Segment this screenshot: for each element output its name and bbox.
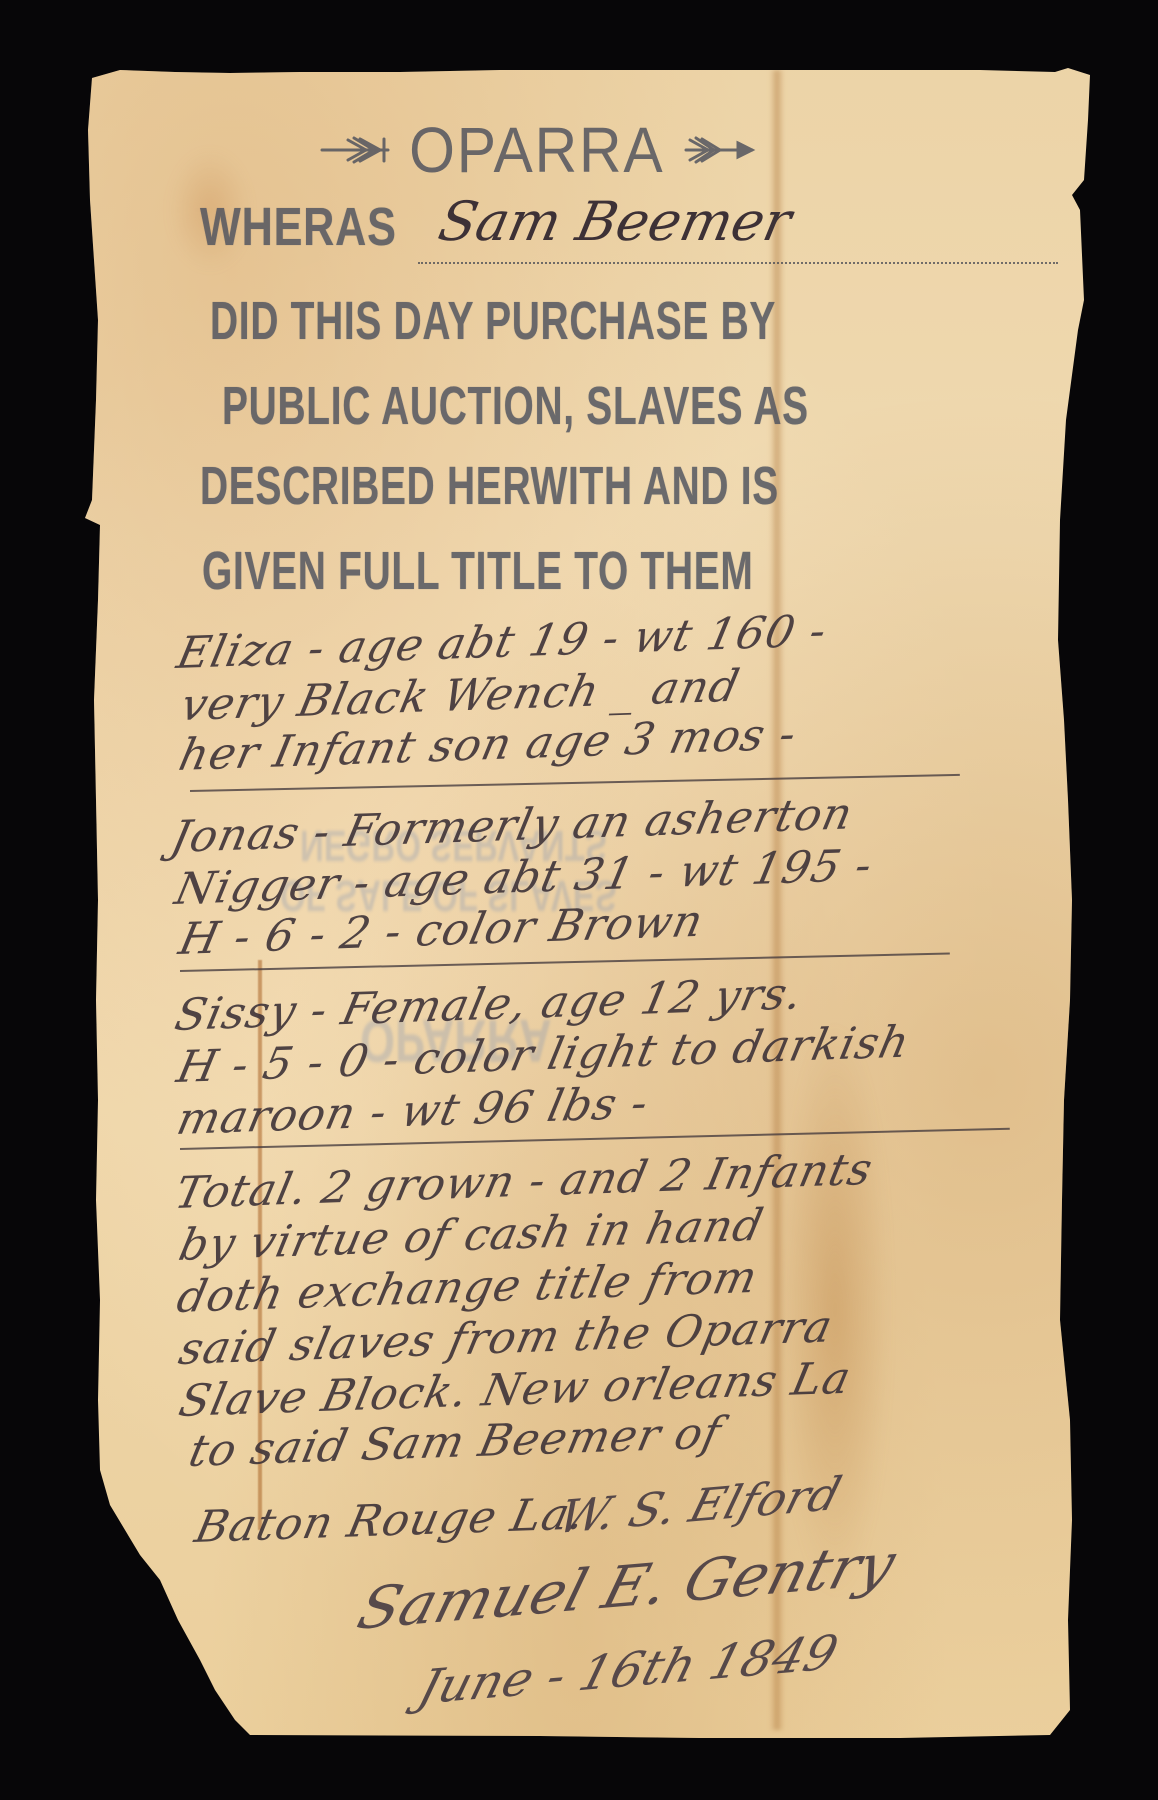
arrow-feather-ornament-icon — [682, 135, 756, 165]
buyer-underline — [418, 262, 1058, 264]
wheras-label: WHERAS — [200, 196, 397, 258]
buyer-name: Sam Beemer — [433, 190, 797, 253]
stamped-line: DID THIS DAY PURCHASE BY — [210, 290, 776, 352]
witness-signature: W. S. Elford — [553, 1466, 848, 1544]
stamped-line: GIVEN FULL TITLE TO THEM — [202, 540, 754, 602]
stamped-line: DESCRIBED HERWITH AND IS — [200, 455, 779, 517]
aged-paper-document: NEGRO SERVANTS OF SALE OF SLAVES OPARRA … — [0, 0, 1158, 1800]
brand-title: OPARRA — [409, 118, 664, 182]
arrow-feather-ornament-icon — [318, 135, 392, 165]
stamped-line: PUBLIC AUCTION, SLAVES AS — [222, 375, 809, 437]
header-stamp: OPARRA — [318, 118, 756, 182]
signature-date: June - 16th 1849 — [412, 1625, 844, 1716]
handwritten-line: Baton Rouge La. — [191, 1489, 591, 1553]
